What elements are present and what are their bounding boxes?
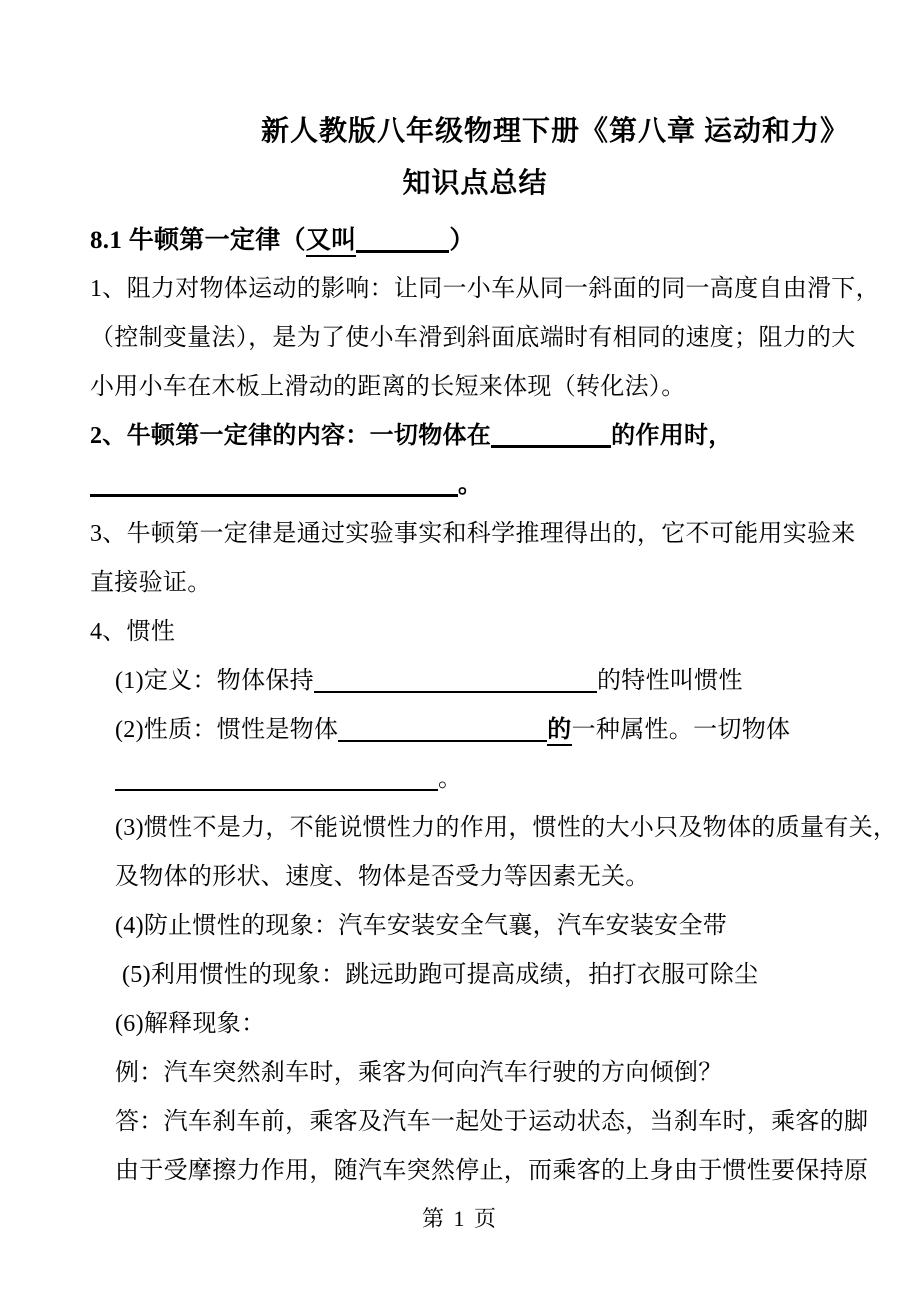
item-2-period: 。 bbox=[438, 766, 462, 792]
document-body: 8.1 牛顿第一定律（又叫） 1、阻力对物体运动的影响：让同一小车从同一斜面的同… bbox=[90, 216, 860, 1196]
item-5-use-inertia: (5)利用惯性的现象：跳远助跑可提高成绩，拍打衣服可除尘 bbox=[90, 951, 860, 1000]
paragraph-2-text-before-blank: 2、牛顿第一定律的内容：一切物体在 bbox=[90, 423, 491, 449]
fill-in-blank bbox=[338, 726, 547, 742]
item-2-underlined-de: 的 bbox=[547, 717, 571, 746]
fill-in-blank bbox=[115, 775, 438, 791]
section-heading-8-1: 8.1 牛顿第一定律（又叫） bbox=[90, 216, 860, 265]
paragraph-2-period: 。 bbox=[458, 472, 482, 498]
item-3-line-2: 及物体的形状、速度、物体是否受力等因素无关。 bbox=[90, 853, 860, 902]
paragraph-1-line-3: 小用小车在木板上滑动的距离的长短来体现（转化法）。 bbox=[90, 363, 860, 412]
paragraph-3-line-2: 直接验证。 bbox=[90, 559, 860, 608]
fill-in-blank bbox=[491, 431, 611, 448]
item-2-text-before-blank: (2)性质：惯性是物体 bbox=[115, 717, 338, 743]
item-1-text-before-blank: (1)定义：物体保持 bbox=[115, 668, 314, 694]
item-3-line-1: (3)惯性不是力，不能说惯性力的作用，惯性的大小只及物体的质量有关， bbox=[90, 804, 860, 853]
document-title-line2: 知识点总结 bbox=[30, 164, 920, 204]
heading-suffix: ） bbox=[449, 227, 474, 254]
document-title-line1: 新人教版八年级物理下册《第八章 运动和力》 bbox=[190, 112, 920, 152]
example-question: 例：汽车突然刹车时，乘客为何向汽车行驶的方向倾倒？ bbox=[90, 1049, 860, 1098]
answer-line-1: 答：汽车刹车前，乘客及汽车一起处于运动状态，当刹车时，乘客的脚 bbox=[90, 1098, 860, 1147]
fill-in-blank bbox=[356, 236, 449, 253]
heading-underlined-text: 又叫 bbox=[306, 227, 357, 257]
paragraph-1-line-2: （控制变量法），是为了使小车滑到斜面底端时有相同的速度；阻力的大 bbox=[90, 314, 860, 363]
item-1-text-after-blank: 的特性叫惯性 bbox=[597, 668, 743, 694]
item-4-prevent-inertia: (4)防止惯性的现象：汽车安装安全气襄，汽车安装安全带 bbox=[90, 902, 860, 951]
paragraph-4-heading: 4、惯性 bbox=[90, 608, 860, 657]
item-2-property: (2)性质：惯性是物体的一种属性。一切物体 bbox=[90, 706, 860, 755]
paragraph-1-line-1: 1、阻力对物体运动的影响：让同一小车从同一斜面的同一高度自由滑下， bbox=[90, 265, 860, 314]
page-number-footer: 第 1 页 bbox=[0, 1204, 920, 1234]
item-6-explain-phenomena: (6)解释现象： bbox=[90, 1000, 860, 1049]
fill-in-blank bbox=[90, 480, 458, 497]
document-page: 新人教版八年级物理下册《第八章 运动和力》 知识点总结 8.1 牛顿第一定律（又… bbox=[0, 0, 920, 1302]
answer-line-2: 由于受摩擦力作用，随汽车突然停止，而乘客的上身由于惯性要保持原 bbox=[90, 1147, 860, 1196]
paragraph-3-line-1: 3、牛顿第一定律是通过实验事实和科学推理得出的，它不可能用实验来 bbox=[90, 510, 860, 559]
item-2-continuation-blank-line: 。 bbox=[90, 755, 860, 804]
paragraph-2-line-2: 。 bbox=[90, 461, 860, 510]
paragraph-2-text-after-blank: 的作用时， bbox=[611, 423, 733, 449]
item-2-text-after-blank: 一种属性。一切物体 bbox=[572, 717, 791, 743]
paragraph-2-line-1: 2、牛顿第一定律的内容：一切物体在的作用时， bbox=[90, 412, 860, 461]
fill-in-blank bbox=[314, 677, 597, 693]
item-1-definition: (1)定义：物体保持的特性叫惯性 bbox=[90, 657, 860, 706]
heading-prefix: 8.1 牛顿第一定律（ bbox=[90, 227, 306, 254]
